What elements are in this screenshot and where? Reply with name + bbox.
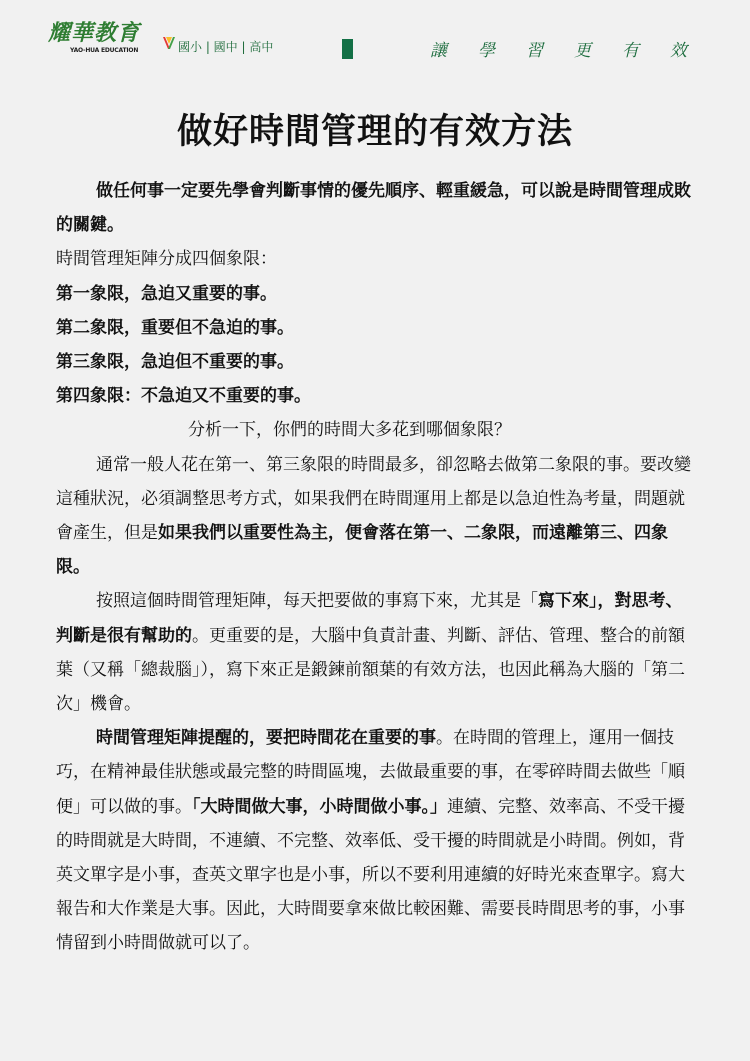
slogan-char: 讓 bbox=[430, 36, 478, 61]
quadrant-text: 急迫又重要的事。 bbox=[141, 284, 277, 304]
bold-text: 「大時間做大事，小時間做小事。」 bbox=[192, 797, 447, 817]
slogan-char: 有 bbox=[622, 36, 670, 61]
quadrant-text: 重要但不急迫的事。 bbox=[141, 318, 294, 338]
paragraph-2: 按照這個時間管理矩陣，每天把要做的事寫下來，尤其是「寫下來」，對思考、判斷是很有… bbox=[56, 584, 696, 721]
quadrant-label: 第一象限， bbox=[56, 284, 141, 304]
logo-text: 耀華教育 bbox=[48, 22, 140, 46]
bold-text: 時間管理矩陣提醒的，要把時間花在重要的事 bbox=[96, 728, 436, 748]
matrix-intro: 時間管理矩陣分成四個象限： bbox=[56, 242, 696, 276]
quadrant-2: 第二象限，重要但不急迫的事。 bbox=[56, 311, 696, 345]
slogan-char: 學 bbox=[478, 36, 526, 61]
slogan-char: 效 bbox=[670, 36, 718, 61]
intro-paragraph: 做任何事一定要先學會判斷事情的優先順序、輕重緩急，可以說是時間管理成敗的關鍵。 bbox=[56, 174, 696, 242]
text: 按照這個時間管理矩陣，每天把要做的事寫下來，尤其是「 bbox=[96, 591, 538, 611]
quadrant-4: 第四象限：不急迫又不重要的事。 bbox=[56, 379, 696, 413]
quadrant-label: 第二象限， bbox=[56, 318, 141, 338]
yaohua-logo: 耀華教育 YAO-HUA EDUCATION 國小 | 國中 | 高中 bbox=[48, 22, 140, 46]
quadrant-3: 第三象限，急迫但不重要的事。 bbox=[56, 345, 696, 379]
quadrant-label: 第四象限： bbox=[56, 386, 141, 406]
quadrant-1: 第一象限，急迫又重要的事。 bbox=[56, 277, 696, 311]
slogan: 讓 學 習 更 有 效 bbox=[430, 36, 718, 61]
page-title: 做好時間管理的有效方法 bbox=[0, 104, 750, 154]
slogan-char: 更 bbox=[574, 36, 622, 61]
text: 連續、完整、效率高、不受干擾的時間就是大時間，不連續、不完整、效率低、受干擾的時… bbox=[56, 797, 685, 954]
logo-subtext: YAO-HUA EDUCATION bbox=[70, 47, 138, 54]
quadrant-text: 不急迫又不重要的事。 bbox=[141, 386, 311, 406]
article-body: 做任何事一定要先學會判斷事情的優先順序、輕重緩急，可以說是時間管理成敗的關鍵。 … bbox=[56, 174, 696, 961]
slogan-char: 習 bbox=[526, 36, 574, 61]
page-header: 耀華教育 YAO-HUA EDUCATION 國小 | 國中 | 高中 讓 學 … bbox=[0, 0, 750, 80]
quadrant-text: 急迫但不重要的事。 bbox=[141, 352, 294, 372]
green-bar-decoration bbox=[342, 39, 353, 59]
paragraph-3: 時間管理矩陣提醒的，要把時間花在重要的事。在時間的管理上，運用一個技巧，在精神最… bbox=[56, 721, 696, 960]
analysis-question: 分析一下，你們的時間大多花到哪個象限？ bbox=[56, 413, 696, 447]
logo-mark-icon bbox=[163, 37, 175, 49]
quadrant-label: 第三象限， bbox=[56, 352, 141, 372]
school-levels: 國小 | 國中 | 高中 bbox=[178, 38, 273, 55]
paragraph-1: 通常一般人花在第一、第三象限的時間最多，卻忽略去做第二象限的事。要改變這種狀況，… bbox=[56, 448, 696, 585]
